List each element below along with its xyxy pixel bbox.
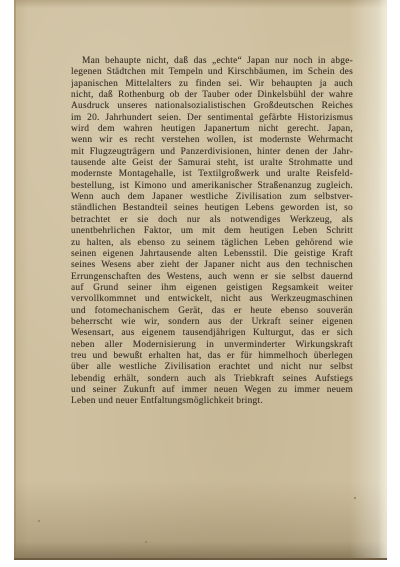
- text-line: beherrscht wie wir, sondern aus der Urkr…: [71, 317, 353, 328]
- book-page: Man behaupte nicht, daß das „echte“ Japa…: [14, 0, 387, 560]
- text-line: mit Flugzeugträgern und Panzerdivisionen…: [71, 147, 353, 158]
- text-line: Wenn auch dem Japaner westliche Zivilisa…: [71, 192, 353, 203]
- text-line: betrachtet er sie doch nur als notwendig…: [71, 215, 353, 226]
- page-right-edge: [378, 0, 387, 558]
- text-line: seines Wesens aber zieht der Japaner nic…: [71, 260, 353, 271]
- text-line: Leben und neuer Entfaltungsmöglichkeit b…: [71, 396, 353, 407]
- text-line: Man behaupte nicht, daß das „echte“ Japa…: [71, 56, 353, 67]
- text-line: unentbehrlichen Faktor, um mit dem heuti…: [71, 226, 353, 237]
- text-line: nicht, daß Rothenburg ob der Tauber oder…: [71, 90, 353, 101]
- text-line: wenn wir es recht verstehen wollen, ist …: [71, 135, 353, 146]
- page-left-edge: [14, 0, 16, 558]
- paper-specks: [14, 0, 16, 2]
- text-line: bestellung, ist Kimono und amerikanische…: [71, 181, 353, 192]
- text-line: ständlichen Bestandteil seines heutigen …: [71, 203, 353, 214]
- text-line: zu halten, als ebenso zu seinem tägliche…: [71, 238, 353, 249]
- text-line: treu und bewußt erhalten hat, das er für…: [71, 351, 353, 362]
- text-line: über alle westliche Zivilisation erachte…: [71, 362, 353, 373]
- text-line: neben aller Modernisierung in unverminde…: [71, 340, 353, 351]
- paragraph: Man behaupte nicht, daß das „echte“ Japa…: [71, 56, 353, 408]
- scanned-page-background: Man behaupte nicht, daß das „echte“ Japa…: [0, 0, 400, 567]
- text-line: auf Grund seiner ihm eigenen geistigen R…: [71, 283, 353, 294]
- text-line: Ausdruck unseres nationalsozialistischen…: [71, 101, 353, 112]
- text-line: japanischen Mittelalters zu finden sei. …: [71, 79, 353, 90]
- text-line: im 20. Jahrhundert seien. Der sentimenta…: [71, 113, 353, 124]
- text-line: modernste Montagehalle, ist Textilgroßwe…: [71, 169, 353, 180]
- text-line: wird dem wahren heutigen Japanertum nich…: [71, 124, 353, 135]
- text-line: vervollkommnet und entwickelt, nicht aus…: [71, 294, 353, 305]
- text-line: und seiner Zukunft auf immer neuen Wegen…: [71, 385, 353, 396]
- text-line: legenen Städtchen mit Tempeln und Kirsch…: [71, 67, 353, 78]
- text-line: seinen eigenen Jahrtausende alten Lebens…: [71, 249, 353, 260]
- text-line: und fotomechanischem Gerät, das er heute…: [71, 306, 353, 317]
- text-line: Errungenschaften des Westens, auch wenn …: [71, 272, 353, 283]
- text-line: lebendig erhält, sondern auch als Triebk…: [71, 374, 353, 385]
- text-line: tausende alte Geist der Samurai steht, i…: [71, 158, 353, 169]
- text-line: Wesensart, aus eigenem tausendjährigen K…: [71, 328, 353, 339]
